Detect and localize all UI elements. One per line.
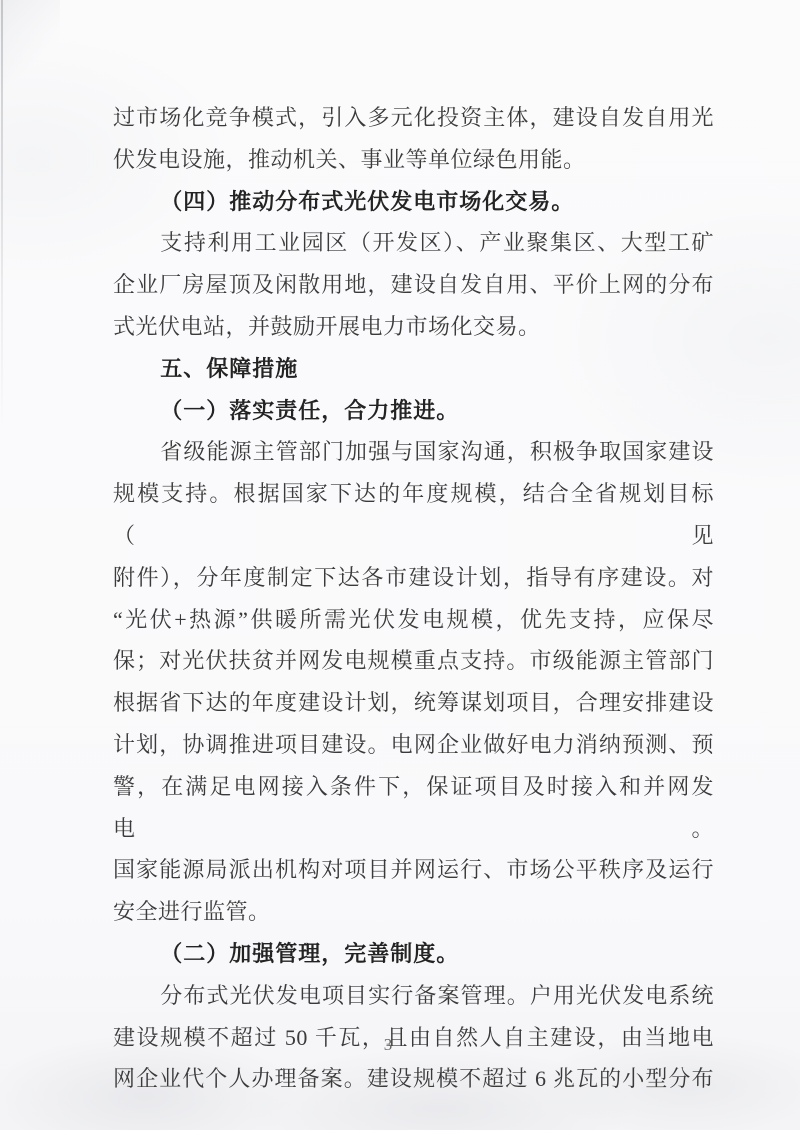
text-line: 计划，协调推进项目建设。电网企业做好电力消纳预测、预 — [113, 724, 714, 766]
section-heading: （四）推动分布式光伏发电市场化交易。 — [113, 181, 714, 223]
text-line: 安全进行监管。 — [113, 891, 714, 933]
text-line: 警，在满足电网接入条件下，保证项目及时接入和并网发电。 — [113, 766, 714, 850]
scan-speck-artifact — [506, 1046, 509, 1049]
section-heading: （一）落实责任，合力推进。 — [113, 390, 714, 432]
text-line: 附件），分年度制定下达各市建设计划，指导有序建设。对 — [113, 557, 714, 599]
text-line: 省级能源主管部门加强与国家沟通，积极争取国家建设 — [113, 431, 714, 473]
document-body: 过市场化竞争模式，引入多元化投资主体，建设自发自用光 伏发电设施，推动机关、事业… — [113, 97, 714, 1100]
document-page: 过市场化竞争模式，引入多元化投资主体，建设自发自用光 伏发电设施，推动机关、事业… — [0, 0, 800, 1130]
text-line: 国家能源局派出机构对项目并网运行、市场公平秩序及运行 — [113, 849, 714, 891]
text-line: 企业厂房屋顶及闲散用地，建设自发自用、平价上网的分布 — [113, 264, 714, 306]
text-line: 式光伏电站，并鼓励开展电力市场化交易。 — [113, 306, 714, 348]
scan-corner-shade — [0, 0, 60, 120]
section-heading: （二）加强管理，完善制度。 — [113, 933, 714, 975]
text-line: 伏发电设施，推动机关、事业等单位绿色用能。 — [113, 139, 714, 181]
text-line: “光伏+热源”供暖所需光伏发电规模，优先支持，应保尽 — [113, 599, 714, 641]
text-line: 网企业代个人办理备案。建设规模不超过 6 兆瓦的小型分布 — [113, 1058, 714, 1100]
text-line: 分布式光伏发电项目实行备案管理。户用光伏发电系统 — [113, 975, 714, 1017]
text-line: 规模支持。根据国家下达的年度规模，结合全省规划目标（见 — [113, 473, 714, 557]
text-line: 支持利用工业园区（开发区）、产业聚集区、大型工矿 — [113, 222, 714, 264]
text-line: 保；对光伏扶贫并网发电规模重点支持。市级能源主管部门 — [113, 640, 714, 682]
chapter-heading: 五、保障措施 — [113, 348, 714, 390]
text-line: 根据省下达的年度建设计划，统筹谋划项目，合理安排建设 — [113, 682, 714, 724]
text-line: 过市场化竞争模式，引入多元化投资主体，建设自发自用光 — [113, 97, 714, 139]
page-number: 3 — [0, 1035, 800, 1055]
